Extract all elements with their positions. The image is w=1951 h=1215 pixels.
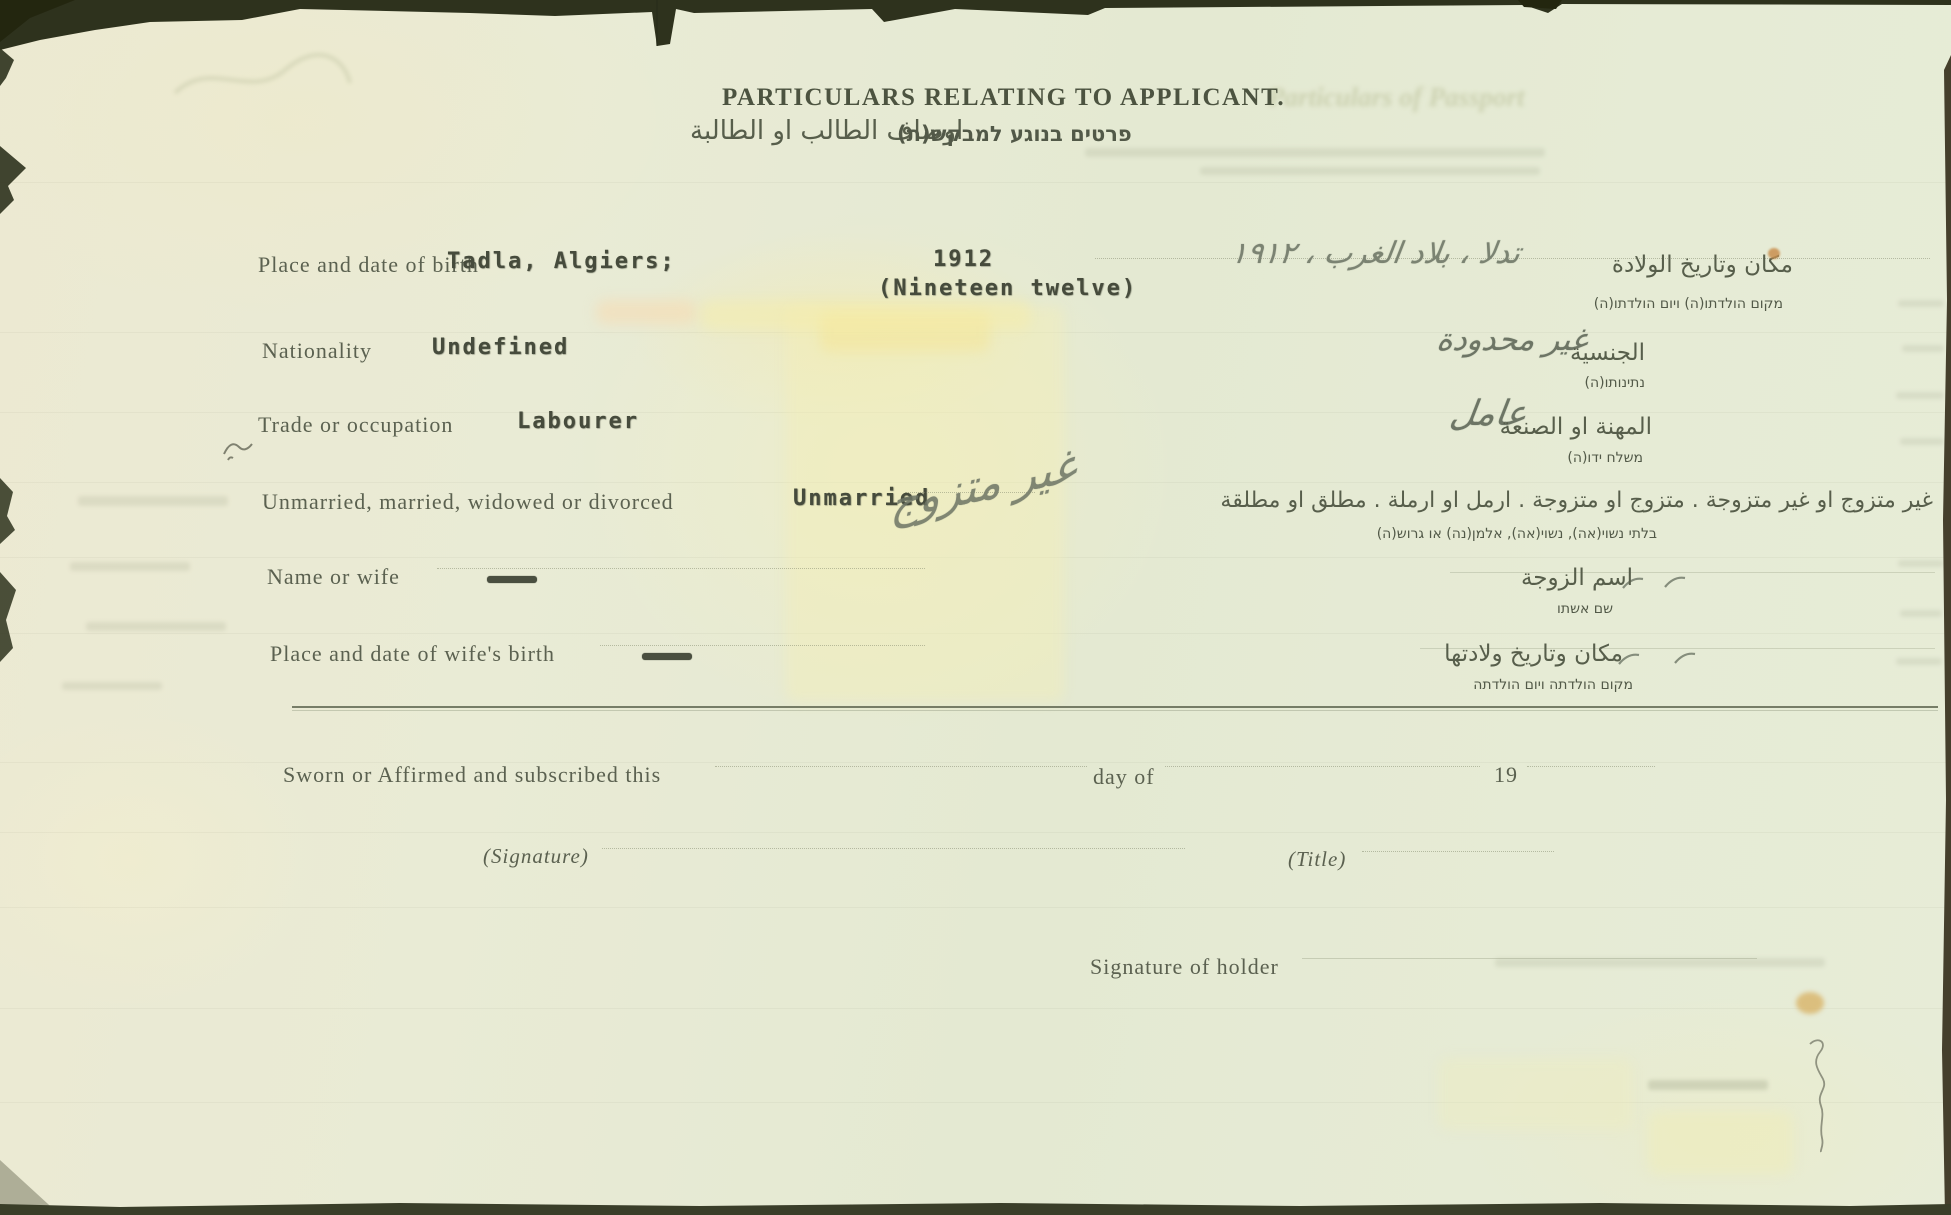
scanned-form-page: Particulars of Passport PARTICULARS RELA… xyxy=(0,0,1951,1215)
scan-dark-edges xyxy=(0,0,1951,1215)
